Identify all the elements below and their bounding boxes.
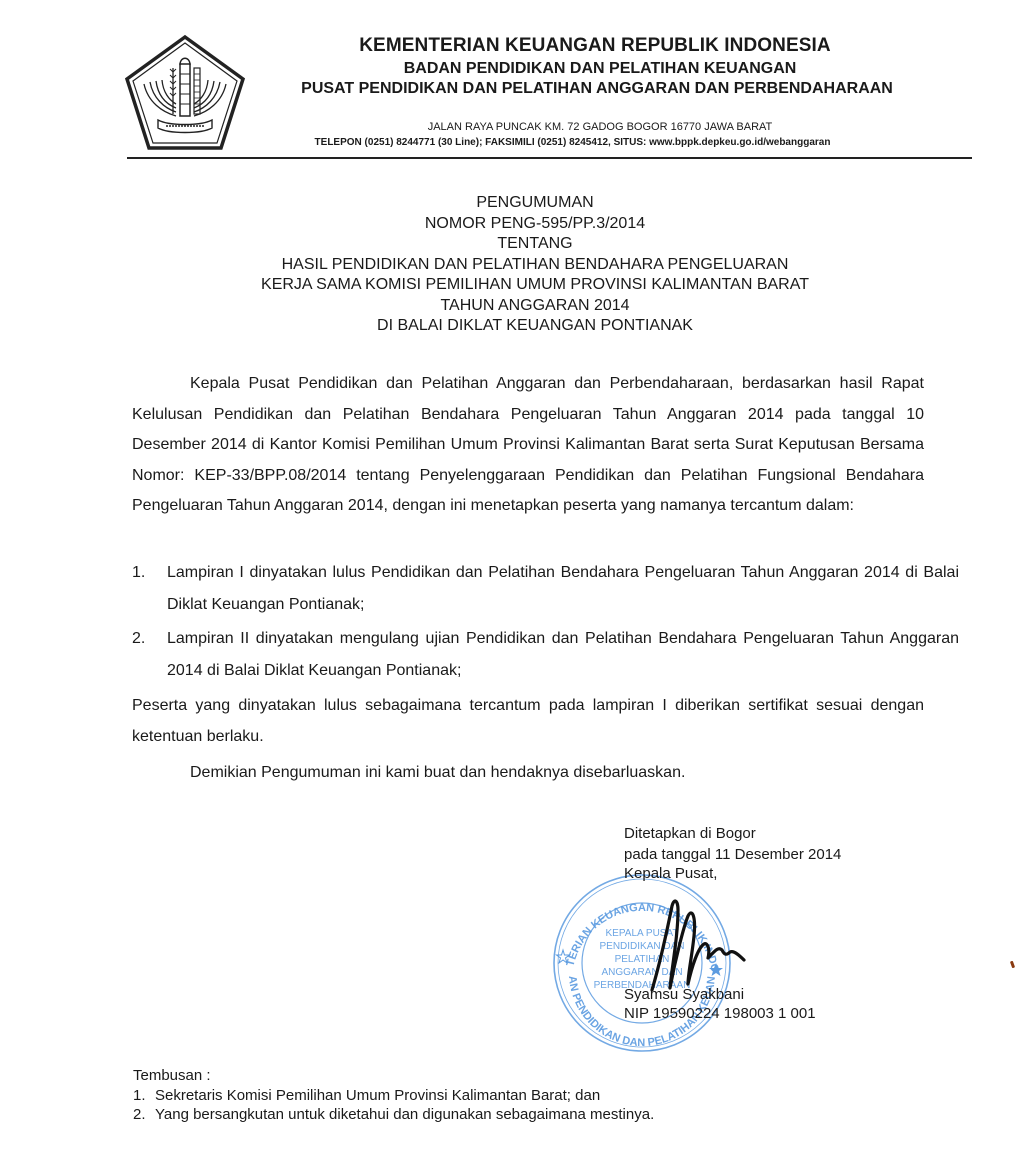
list-item-text: Lampiran II dinyatakan mengulang ujian P… (167, 630, 959, 679)
announcement-about: TENTANG (130, 234, 940, 255)
intro-paragraph: Kepala Pusat Pendidikan dan Pelatihan An… (132, 369, 924, 522)
letterhead-contact: TELEPON (0251) 8244771 (30 Line); FAKSIM… (250, 137, 895, 148)
letterhead-ministry: KEMENTERIAN KEUANGAN REPUBLIK INDONESIA (250, 35, 940, 57)
list-item: 2. Yang bersangkutan untuk diketahui dan… (133, 1105, 654, 1125)
copy-item-text: Yang bersangkutan untuk diketahui dan di… (155, 1106, 654, 1123)
signature-date: pada tanggal 11 Desember 2014 (624, 845, 841, 864)
announcement-subject-line: HASIL PENDIDIKAN DAN PELATIHAN BENDAHARA… (130, 255, 940, 276)
letterhead-divider (127, 157, 972, 159)
scan-artifact (1010, 961, 1015, 969)
certificate-paragraph: Peserta yang dinyatakan lulus sebagaiman… (132, 690, 924, 752)
closing-text: Demikian Pengumuman ini kami buat dan he… (190, 764, 685, 781)
announcement-number: NOMOR PENG-595/PP.3/2014 (130, 214, 940, 235)
intro-text: Kepala Pusat Pendidikan dan Pelatihan An… (132, 375, 924, 514)
list-item-number: 2. (132, 623, 145, 655)
announcement-heading: PENGUMUMAN NOMOR PENG-595/PP.3/2014 TENT… (130, 193, 940, 337)
announcement-subject-line: DI BALAI DIKLAT KEUANGAN PONTIANAK (130, 316, 940, 337)
list-item: 1. Sekretaris Komisi Pemilihan Umum Prov… (133, 1086, 654, 1106)
letterhead-address: JALAN RAYA PUNCAK KM. 72 GADOG BOGOR 167… (250, 121, 950, 133)
signatory-name: Syamsu Syakbani (624, 985, 744, 1004)
announcement-title: PENGUMUMAN (130, 193, 940, 214)
signature-title: Kepala Pusat, (624, 864, 717, 883)
ministry-emblem-icon (124, 34, 246, 152)
copies-label: Tembusan : (133, 1066, 654, 1086)
list-item-text: Lampiran I dinyatakan lulus Pendidikan d… (167, 564, 959, 613)
copy-item-number: 1. (133, 1086, 146, 1106)
list-item-number: 1. (132, 557, 145, 589)
list-item: 2. Lampiran II dinyatakan mengulang ujia… (132, 623, 959, 687)
copy-item-text: Sekretaris Komisi Pemilihan Umum Provins… (155, 1087, 600, 1104)
closing-paragraph: Demikian Pengumuman ini kami buat dan he… (132, 758, 924, 789)
signatory-nip: NIP 19590224 198003 1 001 (624, 1004, 816, 1023)
announcement-subject-line: KERJA SAMA KOMISI PEMILIHAN UMUM PROVINS… (130, 275, 940, 296)
signature-place: Ditetapkan di Bogor (624, 824, 756, 843)
copies-section: Tembusan : 1. Sekretaris Komisi Pemiliha… (133, 1066, 654, 1125)
list-item: 1. Lampiran I dinyatakan lulus Pendidika… (132, 557, 959, 621)
announcement-subject-line: TAHUN ANGGARAN 2014 (130, 296, 940, 317)
copy-item-number: 2. (133, 1105, 146, 1125)
handwritten-signature-icon (648, 896, 748, 992)
letterhead-center: PUSAT PENDIDIKAN DAN PELATIHAN ANGGARAN … (232, 80, 962, 98)
letterhead-agency: BADAN PENDIDIKAN DAN PELATIHAN KEUANGAN (250, 60, 950, 78)
